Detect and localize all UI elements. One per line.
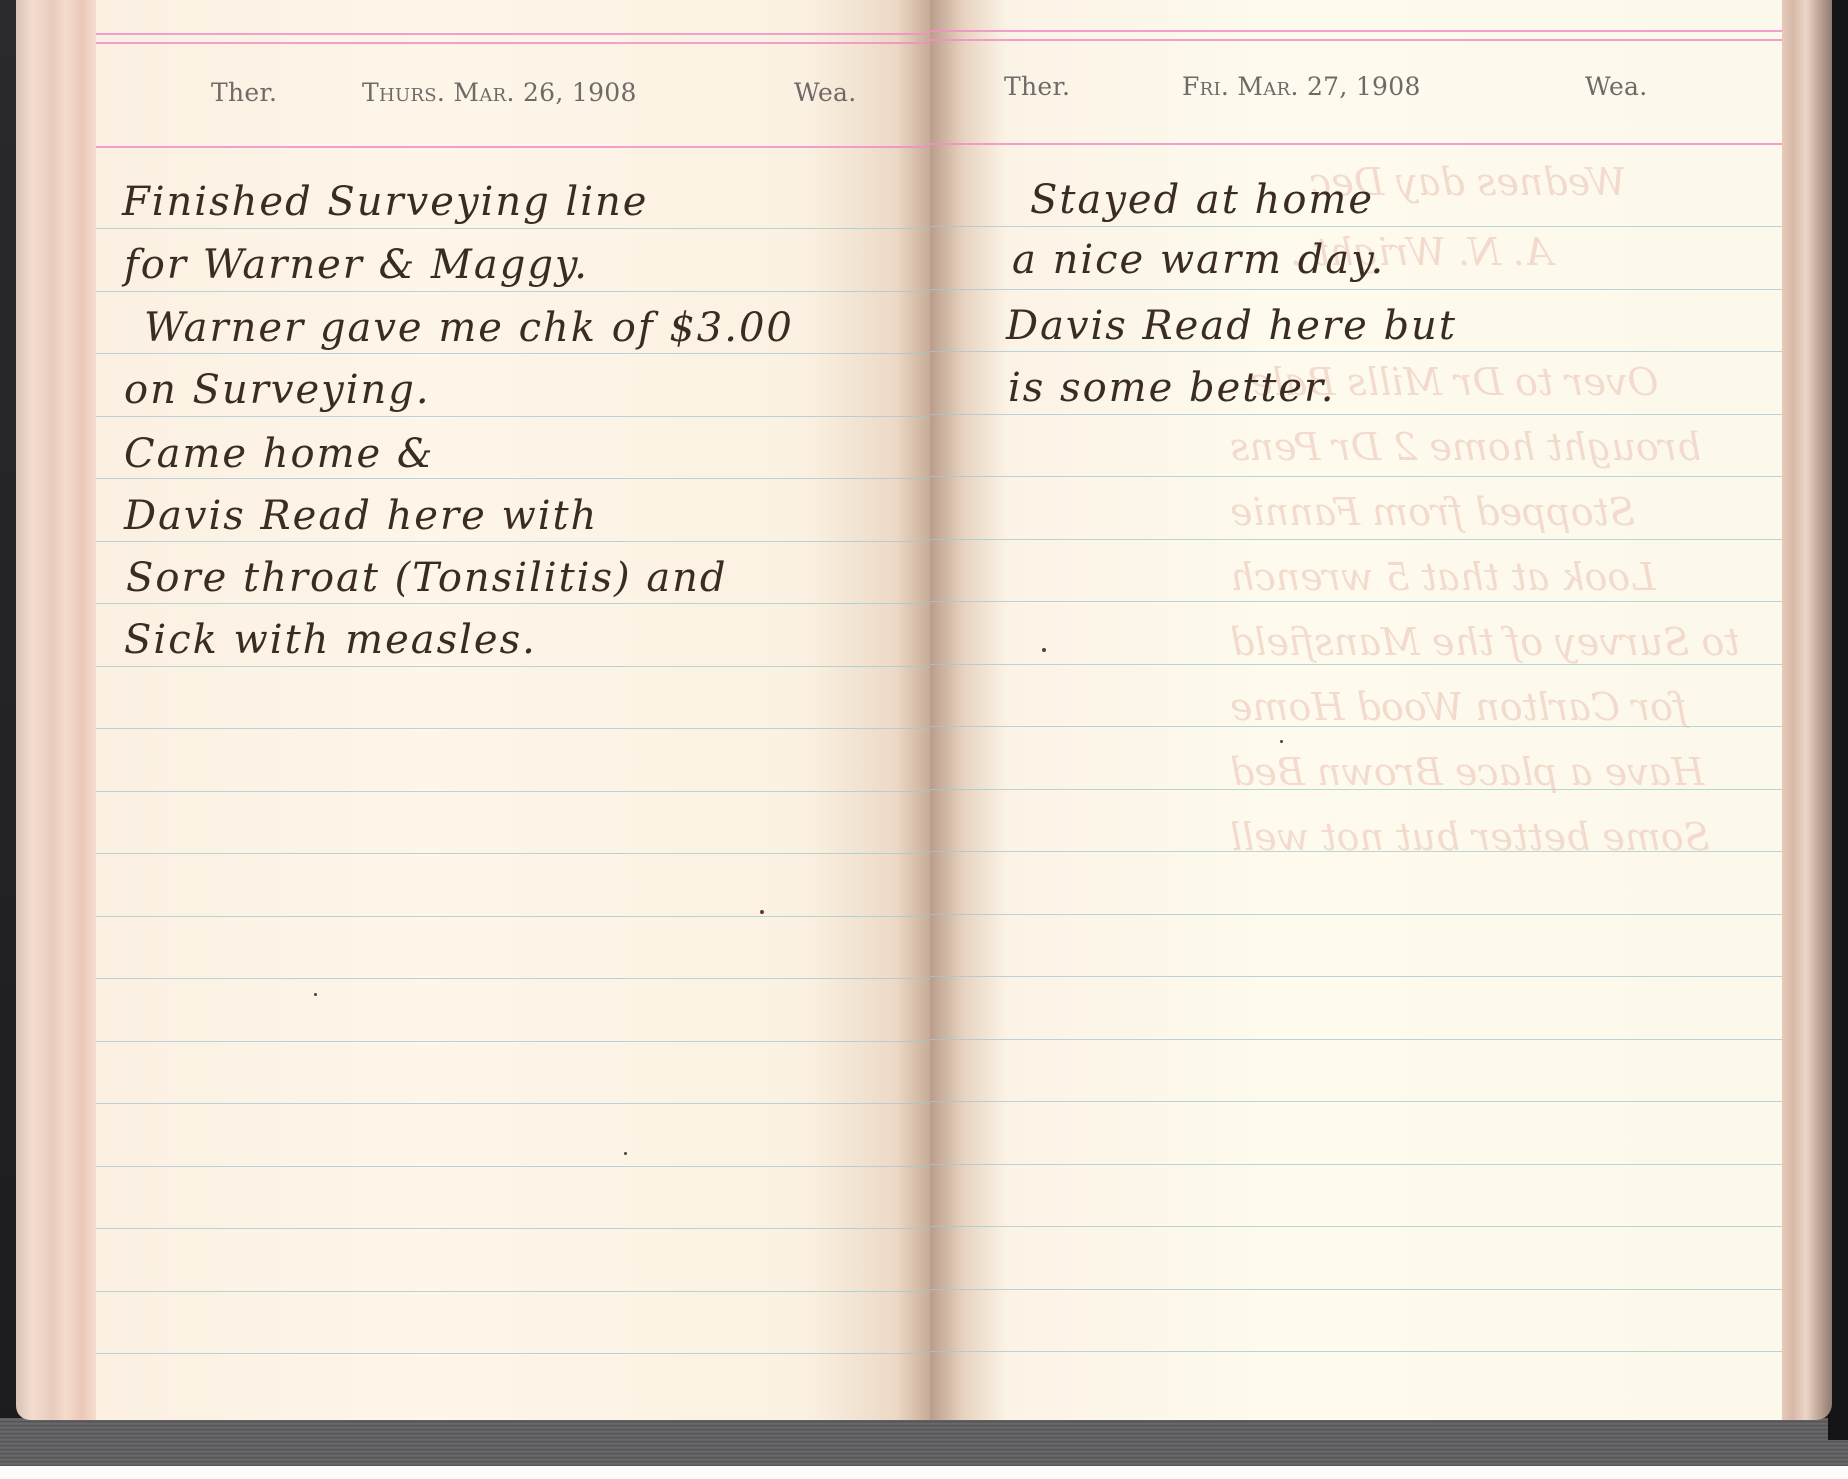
bleed-through-text: brought home 2 Dr Pens bbox=[1230, 425, 1701, 469]
scan-margin bbox=[0, 1466, 1848, 1479]
thermometer-label: Ther. bbox=[211, 78, 277, 107]
header-bottom-rule bbox=[930, 143, 1782, 145]
entry-line: Sick with measles. bbox=[124, 620, 537, 660]
scanner-bottom-band bbox=[0, 1418, 1848, 1466]
entry-line: for Warner & Maggy. bbox=[124, 245, 589, 285]
entry-line: a nice warm day. bbox=[1012, 240, 1385, 280]
bleed-through-text: to Survey of the Mansfield bbox=[1230, 620, 1740, 664]
entry-line: Came home & bbox=[124, 434, 435, 474]
weather-label: Wea. bbox=[1585, 72, 1648, 101]
page-header: Ther. Thurs. Mar. 26, 1908 Wea. bbox=[96, 78, 930, 118]
bleed-through-text: Stopped from Fannie bbox=[1230, 490, 1635, 534]
top-double-rule-1 bbox=[930, 30, 1782, 32]
date-heading: Thurs. Mar. 26, 1908 bbox=[362, 78, 637, 107]
bleed-through-text: Look at that 5 wrench bbox=[1230, 555, 1656, 599]
ink-speck bbox=[760, 910, 764, 914]
thermometer-label: Ther. bbox=[1004, 72, 1070, 101]
ink-speck bbox=[1042, 648, 1046, 652]
entry-line: Finished Surveying line bbox=[122, 182, 648, 222]
left-page-stack-edge bbox=[16, 0, 98, 1420]
right-page-stack-edge bbox=[1780, 0, 1832, 1420]
ink-speck bbox=[314, 993, 317, 996]
right-page: Ther. Fri. Mar. 27, 1908 Wea. Wednes day… bbox=[930, 0, 1782, 1420]
bleed-through-text: for Carlton Wood Home bbox=[1230, 685, 1687, 729]
entry-line: Sore throat (Tonsilitis) and bbox=[126, 558, 728, 598]
left-page: Ther. Thurs. Mar. 26, 1908 Wea. Finished… bbox=[96, 0, 930, 1420]
header-bottom-rule bbox=[96, 146, 930, 148]
ink-speck bbox=[1280, 740, 1283, 743]
entry-line: Davis Read here with bbox=[124, 496, 598, 536]
date-heading: Fri. Mar. 27, 1908 bbox=[1182, 72, 1421, 101]
top-double-rule-1 bbox=[96, 33, 930, 35]
weather-label: Wea. bbox=[794, 78, 857, 107]
bleed-through-text: Some better but not well bbox=[1230, 815, 1710, 859]
entry-line: Warner gave me chk of $3.00 bbox=[144, 308, 794, 348]
entry-line: is some better. bbox=[1008, 368, 1336, 408]
top-double-rule-2 bbox=[96, 42, 930, 44]
top-double-rule-2 bbox=[930, 39, 1782, 41]
entry-line: on Surveying. bbox=[124, 370, 431, 410]
ink-speck bbox=[624, 1152, 627, 1155]
entry-line: Davis Read here but bbox=[1006, 306, 1457, 346]
page-header: Ther. Fri. Mar. 27, 1908 Wea. bbox=[930, 72, 1782, 112]
entry-line: Stayed at home bbox=[1030, 180, 1374, 220]
bleed-through-text: Have a place Brown Bed bbox=[1230, 750, 1704, 794]
